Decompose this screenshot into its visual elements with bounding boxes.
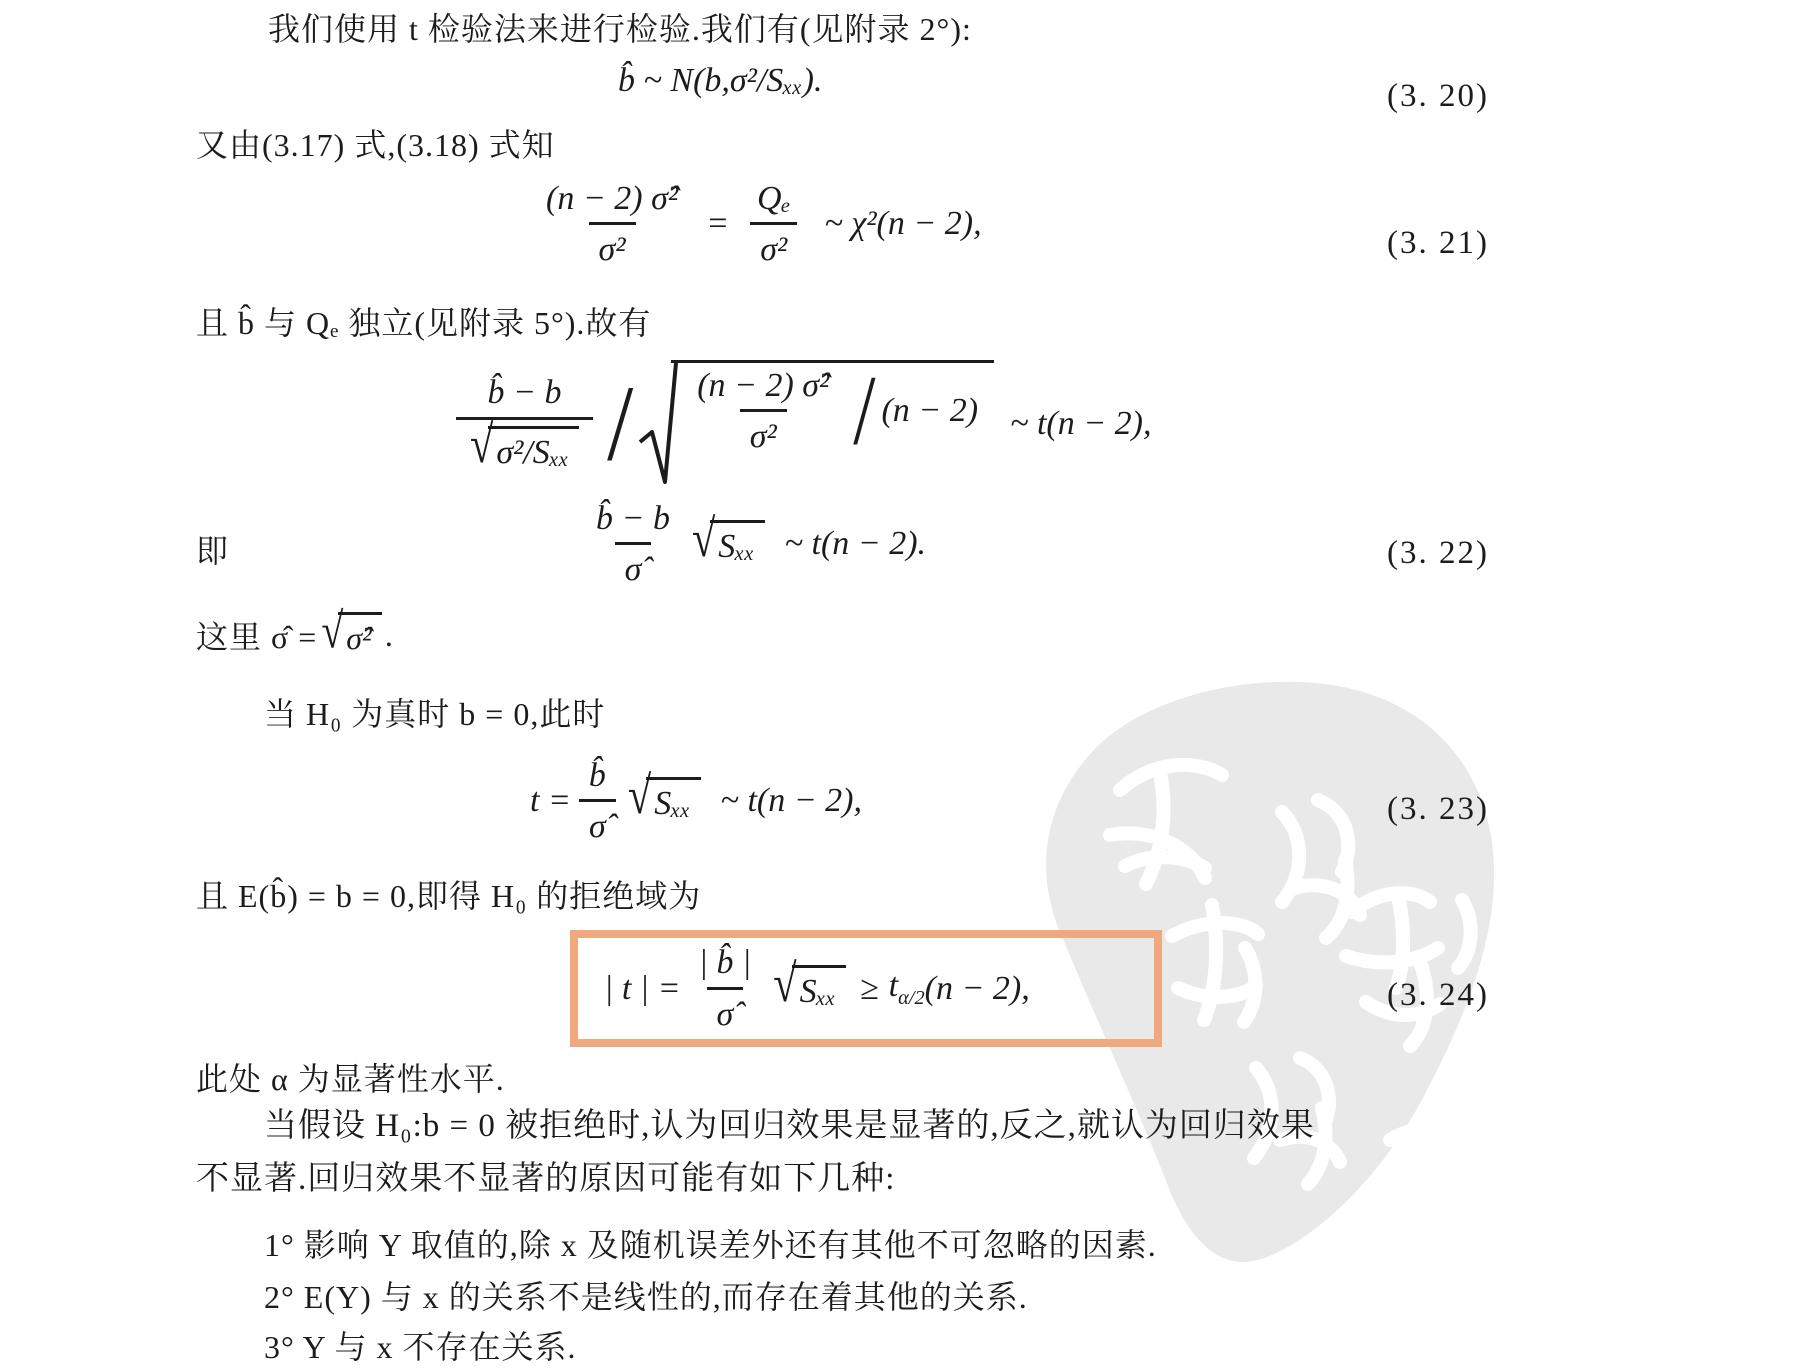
bigeq-left-radicand: σ²/Sₓₓ bbox=[488, 426, 579, 474]
eq324-fraction: | b̂ | σ̂ bbox=[689, 944, 762, 1033]
equation-3-22: b̂ − b σ̂ √ Sₓₓ ~ t(n − 2). bbox=[578, 500, 926, 589]
paragraph-rejection-intro: 且 E(b̂) = b = 0,即得 H₀ 的拒绝域为 bbox=[196, 875, 701, 917]
equation-number-3-23: (3. 23) bbox=[1387, 791, 1489, 828]
eq321-denominator-right: σ² bbox=[750, 222, 797, 268]
eq323-lead: t = bbox=[530, 782, 571, 820]
bigeq-inner-term: (n − 2) bbox=[881, 392, 978, 430]
eq324-radicand: Sₓₓ bbox=[792, 965, 846, 1013]
equation-3-20: b̂ ~ N(b,σ²/Sₓₓ). bbox=[618, 62, 822, 100]
sigma-definition-radical: √ σ̂² bbox=[321, 612, 381, 657]
eq321-denominator-left: σ² bbox=[589, 222, 636, 268]
eq321-numerator-right: Qₑ bbox=[747, 180, 800, 222]
eq321-equals: = bbox=[706, 205, 729, 243]
bigeq-outer-slash: / bbox=[607, 375, 633, 472]
paragraph-discussion-line1: 当假设 H₀:b = 0 被拒绝时,认为回归效果是显著的,反之,就认为回归效果 bbox=[264, 1105, 1315, 1147]
eq323-tail: ~ t(n − 2), bbox=[721, 782, 862, 820]
sigma-definition-period: . bbox=[386, 617, 394, 654]
eq322-radical: √ Sₓₓ bbox=[692, 520, 765, 568]
eq324-tail: (n − 2), bbox=[925, 970, 1030, 1008]
bigeq-numerator-left: b̂ − b bbox=[478, 374, 572, 416]
eq322-numerator: b̂ − b bbox=[586, 500, 680, 542]
radical-sign: √ bbox=[628, 771, 651, 824]
eq323-fraction: b̂ σ̂ bbox=[579, 757, 616, 846]
sigma-definition-line: 这里 σ̂ = √ σ̂² . bbox=[196, 612, 394, 658]
eq324-t-subscript: α/2 bbox=[898, 987, 925, 1009]
eq321-fraction-right: Qₑ σ² bbox=[747, 180, 800, 269]
eq324-geq: ≥ bbox=[860, 970, 879, 1008]
eq322-tail: ~ t(n − 2). bbox=[785, 525, 926, 563]
equation-t-derivation: b̂ − b √ σ²/Sₓₓ / (n − 2) σ̂² σ² / (n − … bbox=[448, 360, 1152, 488]
equation-3-21: (n − 2) σ̂² σ² = Qₑ σ² ~ χ²(n − 2), bbox=[528, 180, 982, 269]
paragraph-from-eqs: 又由(3.17) 式,(3.18) 式知 bbox=[196, 124, 555, 166]
paragraph-alpha-note: 此处 α 为显著性水平. bbox=[196, 1058, 505, 1100]
paragraph-intro: 我们使用 t 检验法来进行检验.我们有(见附录 2°): bbox=[268, 8, 972, 50]
eq324-radical: √ Sₓₓ bbox=[773, 965, 846, 1013]
equation-number-3-21: (3. 21) bbox=[1387, 225, 1489, 262]
eq323-radicand: Sₓₓ bbox=[646, 777, 700, 825]
textbook-page: 我们使用 t 检验法来进行检验.我们有(见附录 2°): b̂ ~ N(b,σ²… bbox=[0, 0, 1794, 1372]
list-item-reason1: 1° 影响 Y 取值的,除 x 及随机误差外还有其他不可忽略的因素. bbox=[264, 1224, 1157, 1266]
radical-sign: √ bbox=[470, 419, 493, 472]
equation-number-3-24: (3. 24) bbox=[1387, 977, 1489, 1014]
equation-3-23: t = b̂ σ̂ √ Sₓₓ ~ t(n − 2), bbox=[530, 757, 862, 846]
bigeq-denominator-left: √ σ²/Sₓₓ bbox=[456, 417, 593, 474]
eq324-lead: | t | = bbox=[604, 970, 681, 1008]
bigeq-tail: ~ t(n − 2), bbox=[1010, 405, 1151, 443]
eq321-numerator-left: (n − 2) σ̂² bbox=[536, 180, 688, 222]
bigeq-big-radicand: (n − 2) σ̂² σ² / (n − 2) bbox=[671, 360, 994, 456]
sigma-definition-prefix: 这里 σ̂ = bbox=[196, 612, 317, 658]
bigeq-fraction-left: b̂ − b √ σ²/Sₓₓ bbox=[456, 374, 593, 473]
list-item-reason2: 2° E(Y) 与 x 的关系不是线性的,而存在着其他的关系. bbox=[264, 1276, 1028, 1318]
bigeq-big-radical: (n − 2) σ̂² σ² / (n − 2) bbox=[637, 360, 994, 488]
bigeq-inner-numerator: (n − 2) σ̂² bbox=[687, 367, 839, 409]
eq324-t-term: tα/2 bbox=[889, 967, 925, 1010]
list-item-reason3: 3° Y 与 x 不存在关系. bbox=[264, 1326, 577, 1368]
radical-sign: √ bbox=[321, 606, 343, 656]
eq322-denominator: σ̂ bbox=[615, 542, 652, 588]
label-namely: 即 bbox=[196, 530, 229, 572]
eq324-denominator: σ̂ bbox=[707, 987, 744, 1033]
radical-sign: √ bbox=[773, 958, 796, 1011]
paragraph-discussion-line2: 不显著.回归效果不显著的原因可能有如下几种: bbox=[196, 1158, 895, 1200]
eq324-numerator: | b̂ | bbox=[689, 944, 762, 986]
eq323-radical: √ Sₓₓ bbox=[628, 777, 701, 825]
radical-sign: √ bbox=[692, 514, 715, 567]
paragraph-when-h0-true: 当 H₀ 为真时 b = 0,此时 bbox=[264, 693, 605, 735]
equation-number-3-20: (3. 20) bbox=[1387, 78, 1489, 115]
eq323-denominator: σ̂ bbox=[579, 799, 616, 845]
eq322-fraction: b̂ − b σ̂ bbox=[586, 500, 680, 589]
equation-number-3-22: (3. 22) bbox=[1387, 535, 1489, 572]
bigeq-inner-slash: / bbox=[853, 366, 875, 456]
bigeq-inner-denominator: σ² bbox=[740, 409, 787, 455]
eq324-t: t bbox=[889, 967, 898, 1004]
sigma-definition-radicand: σ̂² bbox=[338, 612, 381, 657]
bigeq-inner-fraction: (n − 2) σ̂² σ² bbox=[687, 367, 839, 456]
eq323-numerator: b̂ bbox=[579, 757, 616, 799]
eq321-fraction-left: (n − 2) σ̂² σ² bbox=[536, 180, 688, 269]
eq321-tail: ~ χ²(n − 2), bbox=[824, 205, 981, 243]
highlight-box-equation-3-24: | t | = | b̂ | σ̂ √ Sₓₓ ≥ tα/2 (n − 2), bbox=[570, 930, 1162, 1047]
paragraph-independence: 且 b̂ 与 Qₑ 独立(见附录 5°).故有 bbox=[196, 302, 651, 344]
eq322-radicand: Sₓₓ bbox=[710, 520, 764, 568]
bigeq-left-radical: √ σ²/Sₓₓ bbox=[470, 426, 579, 474]
eq320-body: b̂ ~ N(b,σ²/Sₓₓ). bbox=[618, 62, 822, 100]
